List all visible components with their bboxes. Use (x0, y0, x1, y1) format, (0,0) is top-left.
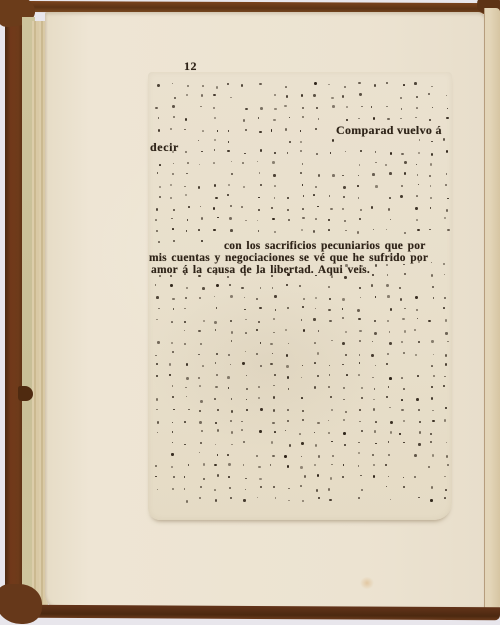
redaction-dot (231, 331, 233, 334)
redaction-dot (184, 421, 186, 423)
redaction-dot (199, 421, 202, 424)
redaction-dot (156, 409, 157, 410)
redaction-dot (170, 128, 172, 130)
redaction-dot (359, 164, 361, 166)
redaction-dot (246, 388, 248, 391)
redaction-dot (214, 398, 215, 400)
redaction-dot (301, 397, 303, 399)
redaction-dot (245, 108, 247, 110)
redaction-dot (300, 141, 302, 143)
redaction-dot (389, 342, 392, 345)
redaction-dot (186, 377, 189, 380)
redaction-dot (216, 374, 218, 376)
redaction-dot (187, 85, 189, 87)
redaction-dot (245, 220, 247, 222)
redaction-dot (172, 228, 174, 230)
redaction-dot (200, 400, 203, 403)
redaction-dot (314, 342, 316, 344)
leather-notch (18, 386, 33, 401)
redaction-dot (444, 297, 446, 299)
redaction-dot (328, 219, 329, 220)
redaction-dot (443, 307, 445, 309)
redaction-dot (302, 208, 304, 210)
redaction-dot (260, 365, 262, 367)
redaction-dot (332, 105, 335, 108)
redaction-dot (200, 442, 202, 444)
redaction-dot (344, 444, 346, 447)
redaction-dot (157, 341, 159, 344)
redaction-dot (284, 105, 286, 107)
redaction-dot (300, 485, 302, 487)
redaction-dot (316, 153, 318, 155)
redaction-dot (358, 497, 360, 499)
redaction-dot (316, 489, 319, 491)
redaction-dot (227, 276, 229, 277)
redaction-dot (288, 388, 290, 390)
redaction-dot (300, 466, 303, 469)
redaction-dot (173, 240, 175, 242)
redaction-dot (359, 354, 361, 356)
redaction-dot (275, 497, 277, 499)
redaction-dot (241, 206, 243, 208)
redaction-dot (170, 197, 172, 199)
redaction-dot (317, 352, 319, 355)
redaction-dot (200, 343, 201, 344)
redaction-dot (342, 476, 343, 477)
redaction-dot (400, 195, 403, 198)
redaction-dot (186, 500, 188, 502)
redaction-dot (228, 184, 230, 186)
redaction-dot (346, 374, 348, 376)
redaction-dot (228, 463, 231, 466)
redaction-dot (372, 173, 374, 176)
redaction-dot (214, 464, 216, 466)
redaction-dot (273, 318, 275, 320)
redaction-dot (345, 354, 347, 356)
redaction-dot (375, 443, 376, 444)
redaction-dot (274, 374, 276, 376)
redaction-dot (414, 454, 416, 457)
redaction-dot (302, 107, 304, 109)
redaction-dot (430, 197, 432, 199)
redaction-dot (328, 229, 330, 231)
redaction-dot (446, 209, 449, 212)
redaction-dot (258, 117, 259, 118)
redaction-dot (386, 82, 388, 84)
redaction-dot (274, 152, 276, 154)
redaction-dot (328, 488, 331, 491)
redaction-dot (415, 296, 418, 299)
redaction-dot (329, 298, 331, 300)
redaction-dot (213, 229, 215, 231)
redaction-dot (203, 320, 205, 322)
redaction-dot (447, 229, 449, 231)
redaction-dot (331, 97, 334, 100)
redaction-dot (386, 396, 387, 397)
redaction-dot (360, 209, 362, 212)
redaction-dot (445, 332, 448, 334)
redaction-dot (332, 139, 334, 142)
redaction-dot (260, 107, 263, 110)
redaction-dot (446, 150, 449, 153)
redaction-dot (445, 184, 447, 186)
redaction-dot (171, 321, 173, 323)
redaction-dot (260, 287, 261, 289)
redaction-dot (287, 420, 289, 422)
redaction-dot (285, 128, 288, 130)
redaction-dot (156, 398, 158, 400)
redaction-dot (213, 207, 215, 210)
redaction-dot (389, 377, 392, 380)
redaction-dot (246, 409, 248, 411)
redaction-dot (431, 386, 433, 388)
redaction-dot (242, 162, 244, 164)
redaction-dot (418, 409, 420, 411)
redaction-dot (343, 432, 346, 435)
redaction-dot (273, 332, 274, 333)
redaction-dot (443, 263, 445, 265)
redaction-dot (329, 320, 332, 322)
redaction-dot (245, 332, 247, 334)
redaction-dot (315, 128, 317, 130)
redaction-dot (330, 152, 331, 153)
redaction-dot (227, 454, 229, 456)
redaction-dot (359, 93, 362, 95)
redaction-dot (214, 321, 217, 324)
redaction-dot (155, 219, 157, 221)
redaction-dot (317, 474, 319, 477)
redaction-dot (231, 410, 234, 413)
redaction-dot (201, 151, 202, 153)
redaction-dot (359, 409, 361, 411)
redaction-dot (169, 374, 171, 375)
redaction-dot (387, 353, 389, 355)
redaction-dot (373, 475, 375, 477)
redaction-dot (328, 84, 329, 85)
redaction-dot (187, 162, 189, 164)
redaction-dot (419, 431, 422, 434)
redaction-dot (430, 163, 432, 165)
redaction-dot (317, 206, 318, 207)
redaction-dot (315, 218, 317, 220)
redaction-dot (417, 375, 419, 377)
redaction-dot (373, 117, 376, 120)
redaction-dot (184, 186, 185, 188)
redaction-dot (318, 497, 320, 499)
redaction-dot (373, 464, 375, 466)
paragraph-line-2: mis cuentas y negociaciones se vé que he… (149, 252, 428, 264)
redaction-dot (285, 86, 287, 88)
redaction-dot (272, 161, 275, 164)
redaction-dot (401, 399, 403, 401)
redaction-dot (156, 296, 159, 299)
redaction-dot (342, 342, 344, 345)
text-comparad: Comparad vuelvo á (336, 123, 442, 138)
redaction-dot (228, 387, 229, 388)
redaction-dot (259, 478, 262, 481)
redaction-dot (155, 355, 156, 356)
redaction-dot (343, 186, 346, 189)
redaction-dot (432, 454, 435, 457)
redaction-dot (270, 343, 272, 345)
redaction-dot (431, 153, 434, 156)
redaction-dot (386, 284, 389, 287)
redaction-dot (360, 297, 361, 298)
redaction-dot (313, 94, 316, 97)
redaction-dot (287, 376, 290, 379)
redaction-dot (342, 95, 344, 98)
redaction-dot (171, 342, 173, 344)
redaction-dot (186, 94, 188, 96)
redaction-dot (229, 284, 231, 286)
redaction-dot (313, 318, 315, 320)
redaction-dot (217, 429, 219, 432)
book-cover-corner-bottom-left (0, 584, 42, 624)
redaction-dot (430, 441, 432, 443)
redaction-dot (445, 489, 447, 491)
redaction-dot (198, 229, 200, 231)
redaction-dot (358, 118, 360, 120)
redaction-dot (358, 374, 360, 376)
redaction-dot (401, 341, 403, 343)
redaction-dot (343, 399, 344, 400)
redaction-dot (241, 84, 243, 86)
redaction-dot (155, 476, 157, 478)
redaction-dot (274, 431, 276, 433)
redaction-dot (274, 185, 276, 187)
redaction-dot (360, 150, 362, 152)
redaction-dot (203, 478, 205, 480)
redaction-dot (257, 220, 258, 221)
redaction-dot (428, 320, 430, 322)
redaction-dot (156, 208, 158, 211)
paragraph-line-1: con los sacrificios pecuniarios que por (224, 240, 426, 252)
redaction-dot (342, 298, 345, 301)
redaction-dot (214, 117, 216, 119)
redaction-dot (199, 497, 201, 499)
redaction-dot (231, 173, 233, 175)
redaction-dot (274, 295, 276, 298)
redaction-dot (414, 476, 416, 478)
redaction-dot (415, 207, 418, 210)
redaction-dot (172, 351, 174, 353)
redaction-dot (375, 162, 377, 163)
redaction-dot (242, 362, 244, 364)
redaction-dot (184, 321, 186, 323)
redaction-dot (432, 410, 433, 412)
redaction-dot (403, 352, 405, 354)
redaction-dot (390, 308, 393, 311)
redaction-dot (272, 353, 274, 355)
redaction-dot (301, 229, 303, 231)
paragraph-line-3: amor á la causa de la libertad. Aqui vei… (151, 264, 370, 276)
redaction-dot (172, 83, 173, 85)
redaction-dot (217, 409, 219, 412)
redaction-dot (259, 307, 262, 310)
redaction-dot (342, 175, 344, 177)
redaction-dot (342, 308, 343, 309)
redaction-dot (374, 332, 377, 335)
redaction-dot (271, 207, 273, 209)
redaction-dot (303, 195, 304, 196)
redaction-dot (318, 330, 320, 332)
redaction-dot (227, 150, 230, 153)
redaction-dot (404, 161, 407, 164)
redaction-dot (430, 207, 432, 209)
redaction-dot (328, 432, 330, 434)
redaction-dot (286, 354, 289, 357)
tipped-in-censored-sheet (148, 72, 452, 520)
redaction-dot (357, 231, 359, 233)
redaction-dot (172, 431, 173, 433)
redaction-dot (361, 430, 363, 432)
redaction-dot (386, 264, 388, 266)
redaction-dot (256, 455, 258, 457)
redaction-dot (328, 386, 330, 388)
redaction-dot (171, 453, 174, 455)
redaction-dot (403, 84, 404, 86)
redaction-dot (313, 194, 315, 196)
redaction-dot (358, 197, 360, 199)
redaction-dot (215, 386, 218, 388)
redaction-dot (259, 430, 262, 433)
redaction-dot (214, 184, 216, 186)
redaction-dot (260, 486, 262, 488)
redaction-dot (431, 262, 432, 263)
redaction-dot (371, 284, 373, 286)
redaction-dot (314, 362, 316, 364)
redaction-dot (302, 116, 304, 118)
redaction-dot (430, 499, 432, 502)
redaction-dot (318, 455, 321, 458)
redaction-dot (287, 307, 289, 309)
redaction-dot (444, 419, 447, 421)
redaction-dot (230, 295, 233, 298)
redaction-dot (258, 466, 261, 469)
redaction-dot (345, 331, 347, 333)
redaction-dot (390, 421, 393, 424)
redaction-dot (270, 363, 273, 366)
redaction-dot (260, 149, 262, 151)
redaction-dot (445, 319, 447, 321)
redaction-dot (387, 118, 390, 121)
photo-of-open-book: 12 Comparad vuelvo á decir con los sacri… (0, 0, 500, 625)
redaction-dot (357, 185, 359, 187)
redaction-dot (374, 320, 376, 322)
redaction-dot (159, 186, 161, 188)
redaction-dot (172, 105, 175, 108)
redaction-dot (286, 95, 288, 97)
redaction-dot (375, 185, 378, 188)
redaction-dot (201, 240, 203, 242)
redaction-dot (418, 443, 420, 445)
redaction-dot (329, 195, 330, 197)
redaction-dot (317, 375, 319, 377)
redaction-dot (274, 108, 276, 111)
redaction-dot (258, 321, 260, 323)
redaction-dot (431, 340, 434, 343)
redaction-dot (329, 499, 331, 501)
redaction-dot (186, 287, 188, 290)
redaction-dot (414, 329, 416, 331)
redaction-dot (299, 285, 301, 287)
redaction-dot (346, 119, 348, 121)
redaction-dot (404, 232, 406, 235)
redaction-dot (373, 408, 376, 411)
redaction-dot (372, 454, 374, 456)
redaction-dot (390, 499, 391, 500)
redaction-dot (286, 284, 288, 286)
redaction-dot (241, 287, 244, 290)
redaction-dot (346, 106, 348, 108)
page-number: 12 (184, 59, 197, 74)
redaction-dot (288, 219, 290, 221)
redaction-dot (273, 174, 275, 176)
redaction-dot (431, 397, 433, 399)
redaction-dot (213, 94, 215, 96)
redaction-dot (285, 329, 288, 332)
redaction-dot (231, 431, 233, 433)
redaction-dot (301, 442, 304, 445)
redaction-dot (431, 365, 434, 368)
redaction-dot (313, 230, 315, 233)
redaction-dot (272, 218, 274, 220)
redaction-dot (301, 456, 302, 457)
redaction-dot (418, 497, 420, 499)
redaction-dot (416, 96, 419, 98)
redaction-dot (318, 174, 321, 177)
redaction-dot (314, 464, 316, 466)
redaction-dot (198, 186, 200, 188)
redaction-dot (385, 464, 387, 466)
redaction-dot (404, 172, 406, 174)
text-decir: decir (150, 140, 179, 155)
redaction-dot (173, 209, 175, 211)
redaction-dot (172, 173, 174, 175)
redaction-dot (389, 172, 392, 175)
redaction-dot (201, 430, 203, 432)
redaction-dot (229, 217, 232, 220)
redaction-dot (332, 174, 335, 177)
redaction-dot (419, 421, 421, 423)
redaction-dot (157, 421, 159, 423)
redaction-dot (331, 441, 333, 443)
redaction-dot (202, 287, 205, 290)
redaction-dot (429, 229, 431, 230)
redaction-dot (173, 308, 175, 310)
redaction-dot (301, 94, 303, 96)
redaction-dot (375, 296, 377, 298)
redaction-dot (315, 444, 317, 447)
redaction-dot (328, 286, 330, 288)
redaction-dot (213, 162, 215, 164)
redaction-dot (243, 119, 245, 122)
redaction-dot (260, 184, 262, 186)
redaction-dot (202, 365, 204, 367)
redaction-dot (415, 117, 416, 118)
book-cover-bottom-edge (26, 605, 500, 620)
redaction-dot (443, 138, 445, 140)
redaction-dot (287, 197, 289, 199)
redaction-dot (330, 208, 333, 210)
fore-edge-pages (484, 8, 500, 612)
redaction-dot (174, 97, 176, 99)
redaction-dot (447, 464, 449, 466)
redaction-dot (389, 197, 391, 199)
redaction-dot (399, 433, 400, 434)
redaction-dot (386, 363, 388, 365)
redaction-dot (359, 330, 361, 332)
